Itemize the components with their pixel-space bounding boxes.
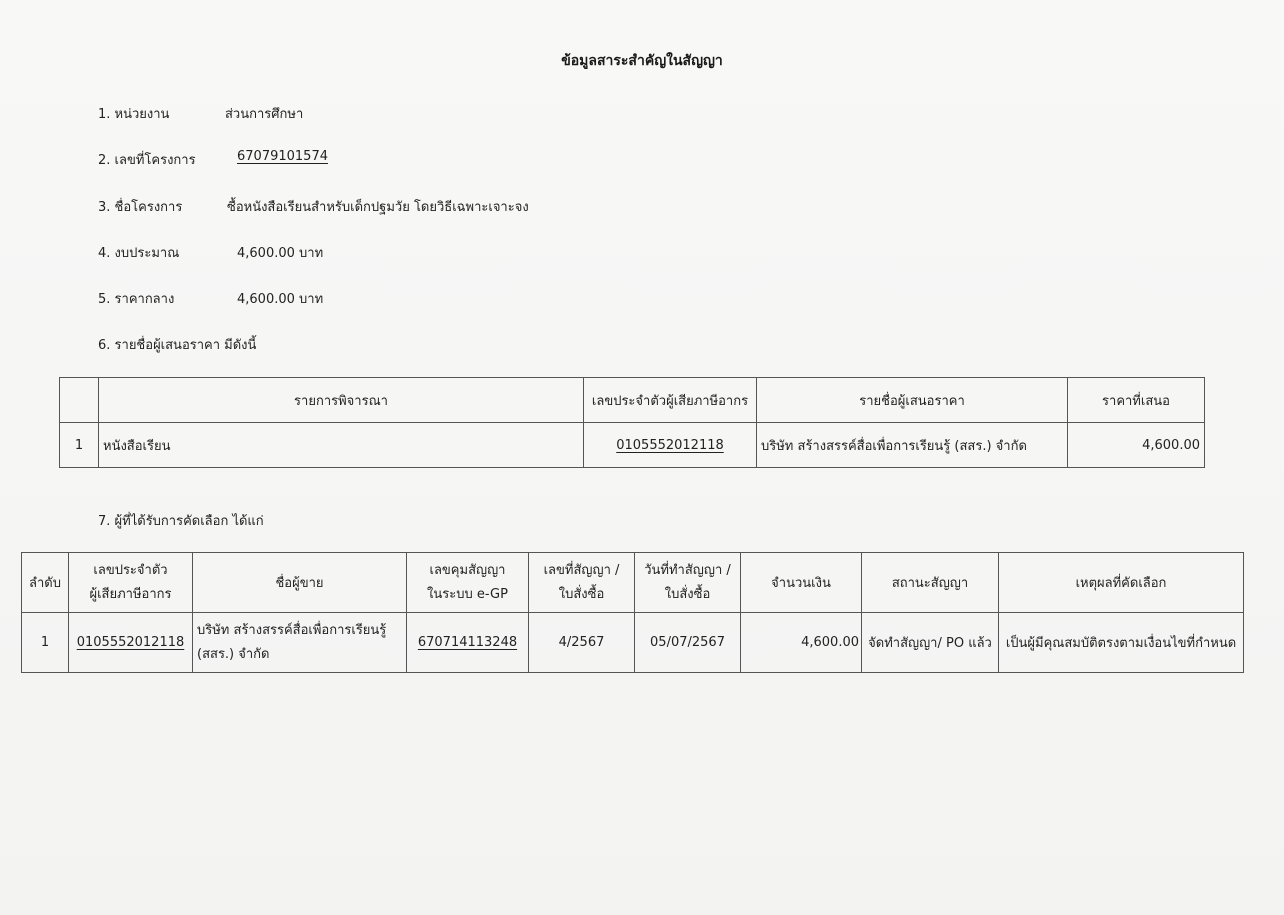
section-label: 7. ผู้ที่ได้รับการคัดเลือก ได้แก่ — [98, 510, 264, 531]
col-header: รายการพิจารณา — [99, 378, 584, 423]
col-header: ลำดับ — [22, 553, 69, 613]
col-header: เลขคุมสัญญา ในระบบ e-GP — [407, 553, 529, 613]
col-header: ชื่อผู้ขาย — [193, 553, 407, 613]
col-header: สถานะสัญญา — [862, 553, 999, 613]
field-value: 4,600.00 บาท — [237, 242, 323, 263]
col-header: เลขที่สัญญา / ใบสั่งซื้อ — [529, 553, 635, 613]
cell-contract-number: 4/2567 — [529, 613, 635, 673]
field-label: 4. งบประมาณ — [98, 242, 179, 263]
cell-status: จัดทำสัญญา/ PO แล้ว — [862, 613, 999, 673]
cell-index: 1 — [60, 423, 99, 468]
project-number-link[interactable]: 67079101574 — [237, 149, 328, 164]
cell-contract-date: 05/07/2567 — [635, 613, 741, 673]
cell-reason: เป็นผู้มีคุณสมบัติตรงตามเงื่อนไขที่กำหนด — [999, 613, 1244, 673]
field-label: 2. เลขที่โครงการ — [98, 149, 196, 170]
field-value: ซื้อหนังสือเรียนสำหรับเด็กปฐมวัย โดยวิธี… — [227, 196, 529, 217]
cell-bidder-name: บริษัท สร้างสรรค์สื่อเพื่อการเรียนรู้ (ส… — [757, 423, 1068, 468]
field-label: 3. ชื่อโครงการ — [98, 196, 182, 217]
col-header: เลขประจำตัว ผู้เสียภาษีอากร — [69, 553, 193, 613]
section-label: 6. รายชื่อผู้เสนอราคา มีดังนี้ — [98, 334, 256, 355]
selected-table: ลำดับ เลขประจำตัว ผู้เสียภาษีอากร ชื่อผู… — [21, 552, 1244, 673]
field-label: 1. หน่วยงาน — [98, 103, 169, 124]
document-page: ข้อมูลสาระสำคัญในสัญญา 1. หน่วยงาน ส่วนก… — [0, 0, 1284, 915]
table-header-row: ลำดับ เลขประจำตัว ผู้เสียภาษีอากร ชื่อผู… — [22, 553, 1244, 613]
cell-tax-id: 0105552012118 — [69, 613, 193, 673]
tax-id-link[interactable]: 0105552012118 — [616, 438, 724, 453]
col-header: เลขประจำตัวผู้เสียภาษีอากร — [584, 378, 757, 423]
cell-seller-name: บริษัท สร้างสรรค์สื่อเพื่อการเรียนรู้ (ส… — [193, 613, 407, 673]
cell-price: 4,600.00 — [1068, 423, 1205, 468]
field-label: 5. ราคากลาง — [98, 288, 174, 309]
table-row: 1 0105552012118 บริษัท สร้างสรรค์สื่อเพื… — [22, 613, 1244, 673]
bidders-table: รายการพิจารณา เลขประจำตัวผู้เสียภาษีอากร… — [59, 377, 1205, 468]
cell-index: 1 — [22, 613, 69, 673]
cell-egp-number: 670714113248 — [407, 613, 529, 673]
cell-amount: 4,600.00 — [741, 613, 862, 673]
field-value: 4,600.00 บาท — [237, 288, 323, 309]
col-header — [60, 378, 99, 423]
col-header: วันที่ทำสัญญา / ใบสั่งซื้อ — [635, 553, 741, 613]
cell-item: หนังสือเรียน — [99, 423, 584, 468]
table-header-row: รายการพิจารณา เลขประจำตัวผู้เสียภาษีอากร… — [60, 378, 1205, 423]
field-value: ส่วนการศึกษา — [225, 103, 303, 124]
tax-id-link[interactable]: 0105552012118 — [77, 635, 185, 650]
col-header: รายชื่อผู้เสนอราคา — [757, 378, 1068, 423]
col-header: เหตุผลที่คัดเลือก — [999, 553, 1244, 613]
col-header: จำนวนเงิน — [741, 553, 862, 613]
col-header: ราคาที่เสนอ — [1068, 378, 1205, 423]
document-title: ข้อมูลสาระสำคัญในสัญญา — [0, 50, 1284, 72]
egp-number-link[interactable]: 670714113248 — [418, 635, 517, 650]
cell-tax-id: 0105552012118 — [584, 423, 757, 468]
table-row: 1 หนังสือเรียน 0105552012118 บริษัท สร้า… — [60, 423, 1205, 468]
